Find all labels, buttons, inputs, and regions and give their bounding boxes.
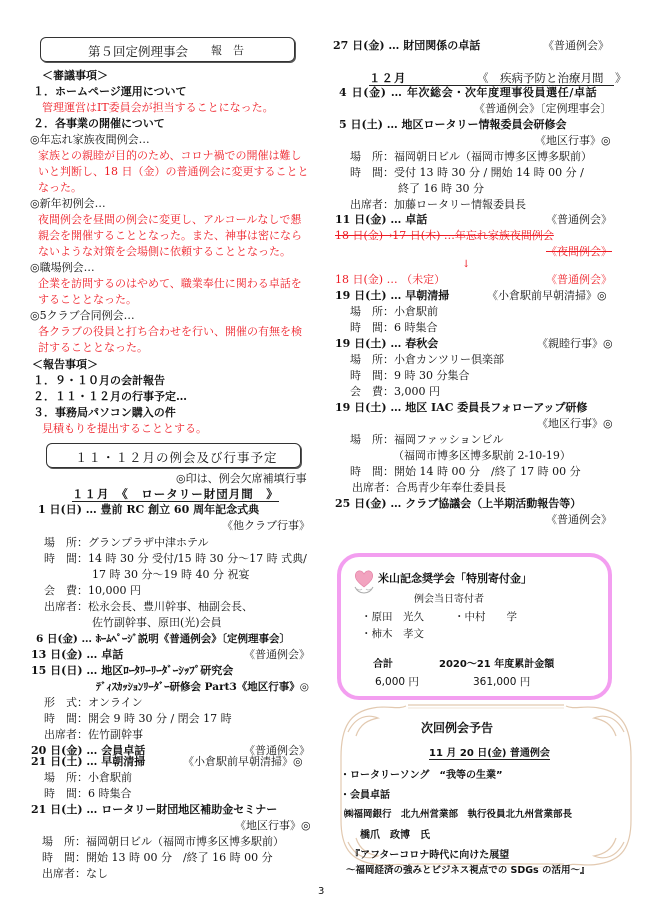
nov-event-7: 21 日(土) … ロータリー財団地区補助金セミナー [31,803,277,817]
dec-event-6-time: 時 間：9 時 30 分集合 [350,369,470,383]
dec-event-cancelled: 18 日(金)→17 日(木) …年忘れ家族夜間例会 [335,229,554,243]
sub-item-2-heading: ◎新年初例会… [30,197,106,211]
item-2-heading: ２．各事業の開催について [33,117,165,131]
sub-item-1-line1: 家族との親睦が目的のため、コロナ禍での開催は難し [38,149,302,163]
donation-title: 米山記念奨学会「特別寄付金」 [378,570,532,586]
sub-item-4-heading: ◎5クラブ合同例会… [30,309,135,323]
next-meeting-frame: 次回例会予告 11 月 20 日(金) 普通例会 ・ロータリーソング “我等の生… [338,702,634,872]
dec-event-cancelled-tag: 《夜間例会》 [546,245,612,259]
sub-item-3-line2: することとなった。 [38,293,137,307]
page-number: 3 [318,886,324,897]
nov-event-8: 27 日(金) … 財団関係の卓話 [333,39,480,53]
dec-event-2-place: 場 所：福岡朝日ビル（福岡市博多区博多駅前） [350,150,592,164]
donor-1: ・原田 光久 [361,609,424,624]
sub-item-4-line2: 討することとなった。 [38,341,148,355]
dec-event-6-fee: 会 費：3,000 円 [350,385,440,399]
nov-event-4-time: 時 間：開会 9 時 30 分 / 閉会 17 時 [44,712,232,726]
dec-event-5-tag: 《小倉駅前早朝清掃》◎ [487,289,607,303]
cumulative-value: 361,000 円 [473,674,530,689]
nov-event-6-place: 場 所：小倉駅前 [44,771,132,785]
dec-event-2-attendees: 出席者：加藤ロータリー情報委員長 [350,198,526,212]
december-heading-month: １２月 [369,71,407,85]
november-heading: １１月 《 ロータリー財団月間 》 [72,487,279,502]
item-1-result: 管理運営はIT委員会が担当することになった。 [42,101,274,115]
donation-box: 米山記念奨学会「特別寄付金」 例会当日寄付者 ・原田 光久 ・中村 学 ・柿木 … [337,553,612,700]
nov-event-1-fee: 会 費：10,000 円 [44,584,141,598]
nov-event-7-place: 場 所：福岡朝日ビル（福岡市博多区博多駅前） [42,835,284,849]
total-label: 合計 [373,655,393,670]
item-1-heading: １．ホームページ運用について [33,85,187,99]
next-meeting-date: 11 月 20 日(金) 普通例会 [429,744,550,760]
report-item-2: ２．１１・１２月の行事予定… [33,390,187,404]
december-heading: １２月 《 疾病予防と治療月間 》 [369,71,614,86]
nov-event-6-tag: 《小倉駅前早朝清掃》◎ [183,755,303,769]
speaker-org: ㈱福岡銀行 北九州営業部 執行役員北九州営業部長 [344,806,572,820]
nov-event-1-place: 場 所：グランプラザ中津ホテル [44,536,208,550]
dec-event-5-time: 時 間：6 時集合 [350,321,438,335]
sub-item-2-line3: ないような対策を会場側に依頼することとなった。 [38,245,291,259]
dec-event-8-tag: 《普通例会》 [546,513,612,527]
sub-item-1-heading: ◎年忘れ家族夜間例会… [30,133,150,147]
board-report-title: 第５回定例理事会 [88,42,188,60]
sub-item-2-line1: 夜間例会を昼間の例会に変更し、アルコールなしで懇 [38,213,301,227]
cumulative-label: 2020～21 年度累計金額 [439,655,554,670]
nov-event-3: 13 日(金) … 卓話 [31,648,123,662]
schedule-title: １１・１２月の例会及び行事予定 [75,448,278,466]
dec-event-7-address: （福岡市博多区博多駅前 2-10-19） [393,449,571,463]
donor-2: ・中村 学 [454,609,517,624]
dec-event-7-place: 場 所：福岡ファッションビル [350,433,504,447]
next-meeting-speech: ・会員卓話 [340,786,390,801]
report-item-3: ３．事務局パソコン購入の件 [33,406,176,420]
topic-line1: 『アフターコロナ時代に向けた展望 [350,846,509,861]
next-meeting-title: 次回例会予告 [421,719,493,736]
nov-event-7-tag: 《地区行事》◎ [235,819,311,833]
dec-event-2-time2: 終了 16 時 30 分 [398,182,484,196]
nov-event-8-tag: 《普通例会》 [543,39,609,53]
heart-hands-icon [352,567,376,597]
board-report-title-suffix: 報 告 [211,42,244,58]
board-report-title-box: 第５回定例理事会 報 告 [40,37,295,62]
dec-event-8: 25 日(金) … クラブ協議会（上半期活動報告等） [335,497,581,511]
dec-event-4-tag: 《普通例会》 [546,273,612,287]
dec-event-7-time: 時 間：開始 14 時 00 分 /終了 17 時 00 分 [350,465,581,479]
total-value: 6,000 円 [375,674,419,689]
dec-event-3: 11 日(金) … 卓話 [335,213,427,227]
nov-event-3-tag: 《普通例会》 [244,648,310,662]
donation-subtitle: 例会当日寄付者 [414,590,484,605]
nov-event-4: 15 日(日) … 地区ﾛｰﾀﾘｰﾘｰﾀﾞｰｼｯﾌﾟ研究会 [31,664,233,678]
dec-event-2-time: 時 間：受付 13 時 30 分 / 開始 14 時 00 分 / [350,166,584,180]
nov-event-6-time: 時 間：6 時集合 [44,787,132,801]
dec-event-1: 4 日(金) … 年次総会・次年度理事役員選任/卓話 [339,86,597,100]
sub-item-3-heading: ◎職場例会… [30,261,95,275]
dec-event-4: 18 日(金) … （未定） [335,273,445,287]
down-arrow-icon: ↓ [462,258,470,272]
nov-event-2: 6 日(金) … ﾎｰﾑﾍﾟｰｼﾞ説明《普通例会》〔定例理事会〕 [36,632,290,646]
nov-event-7-time: 時 間：開始 13 時 00 分 /終了 16 時 00 分 [42,851,273,865]
nov-event-6: 21 日(土) … 早朝清掃 [31,755,145,769]
dec-event-5-place: 場 所：小倉駅前 [350,305,438,319]
sub-item-2-line2: 親会を開催することとなった。また、神事は密になら [38,229,302,243]
nov-event-1-attendees2: 佐竹副幹事、原田(光)会員 [92,616,222,630]
nov-event-1-attendees: 出席者：松永会長、豊川幹事、柚副会長、 [44,600,253,614]
sub-item-3-line1: 企業を訪問するのはやめて、職業奉仕に関わる卓話を [38,277,302,291]
nov-event-4-format: 形 式：オンライン [44,696,143,710]
nov-event-4-attendees: 出席者：佐竹副幹事 [44,728,143,742]
december-heading-theme: 《 疾病予防と治療月間 》 [477,71,627,85]
dec-event-7: 19 日(土) … 地区 IAC 委員長フォローアップ研修 [335,401,587,415]
nov-event-4-sub: ﾃﾞｨｽｶｯｼｮﾝﾘｰﾀﾞｰ研修会 Part3《地区行事》◎ [96,680,309,694]
dec-event-2: 5 日(土) … 地区ロータリー情報委員会研修会 [339,118,567,132]
schedule-note: ◎印は、例会欠席補填行事 [176,472,307,486]
dec-event-6-tag: 《親睦行事》◎ [537,337,613,351]
deliberation-header: ＜審議事項＞ [42,69,108,83]
nov-event-1: 1 日(日) … 豊前 RC 創立 60 周年記念式典 [38,503,259,517]
dec-event-3-tag: 《普通例会》 [546,213,612,227]
nov-event-7-attendees: 出席者：なし [42,867,108,881]
dec-event-6-place: 場 所：小倉カンツリー倶楽部 [350,353,504,367]
topic-line2: ～福岡経済の強みとビジネス視点での SDGs の活用～』 [346,862,590,876]
donor-3: ・柿木 孝文 [361,626,424,641]
dec-event-6: 19 日(土) … 春秋会 [335,337,438,351]
dec-event-7-attendees: 出席者：合馬青少年奉仕委員長 [352,481,506,495]
sub-item-1-line3: なった。 [38,181,82,195]
dec-event-2-tag: 《地区行事》◎ [535,134,611,148]
report-item-3-result: 見積もりを提出することとする。 [42,422,207,436]
dec-event-1-tag: 《普通例会》〔定例理事会〕 [474,102,612,116]
next-meeting-song: ・ロータリーソング “我等の生業” [340,766,503,781]
nov-event-1-time2: 17 時 30 分～19 時 40 分 祝宴 [92,568,249,582]
nov-event-1-time: 時 間：14 時 30 分 受付/15 時 30 分～17 時 式典/ [44,552,307,566]
dec-event-7-tag: 《地区行事》◎ [537,417,613,431]
dec-event-5: 19 日(土) … 早朝清掃 [335,289,449,303]
report-item-1: １．９・１０月の会計報告 [33,374,165,388]
report-header: ＜報告事項＞ [32,358,98,372]
nov-event-1-tag: 《他クラブ行事》 [222,519,310,533]
sub-item-1-line2: いと判断し、18 日（金）の普通例会に変更することと [38,165,309,179]
speaker-name: 橋爪 政博 氏 [360,826,430,841]
schedule-title-box: １１・１２月の例会及び行事予定 [46,443,301,468]
sub-item-4-line1: 各クラブの役員と打ち合わせを行い、開催の有無を検 [38,325,302,339]
